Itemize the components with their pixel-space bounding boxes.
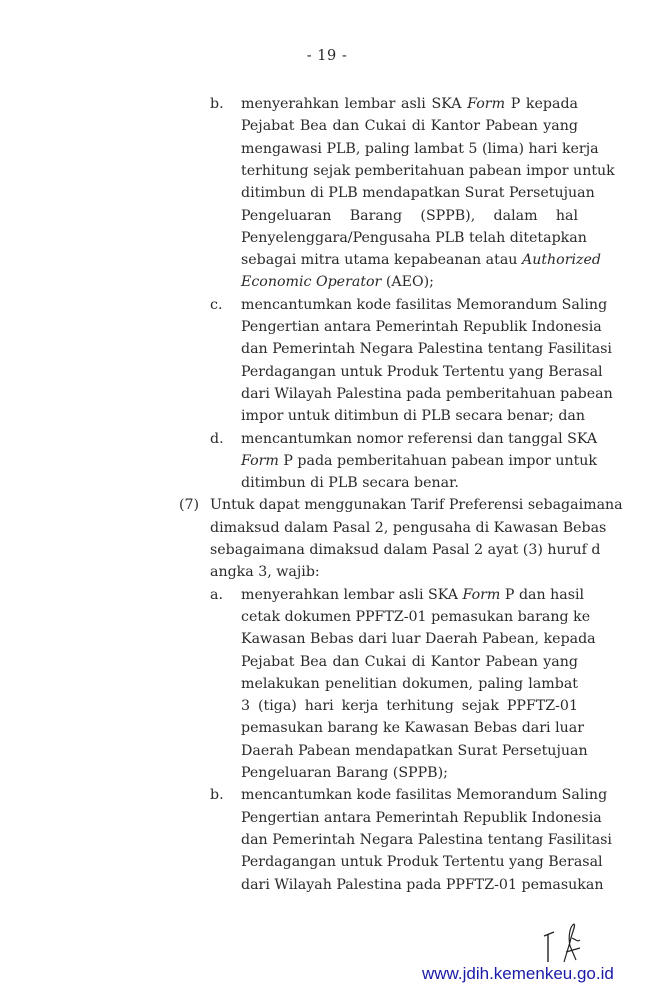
list-item-line: dan Pemerintah Negara Palestina tentang … xyxy=(241,829,578,851)
list-item-line: cetak dokumen PPFTZ-01 pemasukan barang … xyxy=(241,606,578,628)
list-item-line: mengawasi PLB, paling lambat 5 (lima) ha… xyxy=(241,138,578,160)
list-item-line: mencantumkan kode fasilitas Memorandum S… xyxy=(241,784,578,806)
list-item-line: Kawasan Bebas dari luar Daerah Pabean, k… xyxy=(241,628,578,650)
list-item-line: Pengertian antara Pemerintah Republik In… xyxy=(241,316,578,338)
list-item-line: Pejabat Bea dan Cukai di Kantor Pabean y… xyxy=(241,651,578,673)
list-item-line: Form P pada pemberitahuan pabean impor u… xyxy=(241,450,578,472)
list-item-line: Penyelenggara/Pengusaha PLB telah diteta… xyxy=(241,227,578,249)
list-item-line: 3 (tiga) hari kerja terhitung sejak PPFT… xyxy=(241,695,578,717)
list-item-line: Daerah Pabean mendapatkan Surat Persetuj… xyxy=(241,740,578,762)
list-marker: b. xyxy=(210,93,224,115)
list-item-line: dari Wilayah Palestina pada pemberitahua… xyxy=(241,383,578,405)
list-marker: d. xyxy=(210,428,224,450)
jdih-website-link[interactable]: www.jdih.kemenkeu.go.id xyxy=(422,964,614,984)
paraf-signature-icon xyxy=(542,922,582,964)
paragraph-line: angka 3, wajib: xyxy=(210,561,578,583)
list-item-line: melakukan penelitian dokumen, paling lam… xyxy=(241,673,578,695)
list-item-line: dari Wilayah Palestina pada PPFTZ-01 pem… xyxy=(241,874,578,896)
list-item-line: ditimbun di PLB mendapatkan Surat Perset… xyxy=(241,182,578,204)
list-item-line: terhitung sejak pemberitahuan pabean imp… xyxy=(241,160,578,182)
list-item-line: Pengeluaran Barang (SPPB); xyxy=(241,762,578,784)
list-marker: a. xyxy=(210,584,223,606)
list-item-line: Pengeluaran Barang (SPPB), dalam hal xyxy=(241,205,578,227)
list-marker: c. xyxy=(210,294,222,316)
list-item-line: mencantumkan kode fasilitas Memorandum S… xyxy=(241,294,578,316)
list-item-line: dan Pemerintah Negara Palestina tentang … xyxy=(241,338,578,360)
list-item-line: Perdagangan untuk Produk Tertentu yang B… xyxy=(241,361,578,383)
list-item-line: impor untuk ditimbun di PLB secara benar… xyxy=(241,405,578,427)
list-item-line: Perdagangan untuk Produk Tertentu yang B… xyxy=(241,851,578,873)
list-item-line: pemasukan barang ke Kawasan Bebas dari l… xyxy=(241,717,578,739)
list-item-line: Pengertian antara Pemerintah Republik In… xyxy=(241,807,578,829)
list-item-line: mencantumkan nomor referensi dan tanggal… xyxy=(241,428,578,450)
paragraph-line: sebagaimana dimaksud dalam Pasal 2 ayat … xyxy=(210,539,578,561)
list-item-line: ditimbun di PLB secara benar. xyxy=(241,472,578,494)
list-marker: b. xyxy=(210,784,224,806)
list-item-line: menyerahkan lembar asli SKA Form P dan h… xyxy=(241,584,578,606)
paragraph-line: dimaksud dalam Pasal 2, pengusaha di Kaw… xyxy=(210,517,578,539)
paragraph-number: (7) xyxy=(179,494,199,516)
list-item-line: Pejabat Bea dan Cukai di Kantor Pabean y… xyxy=(241,115,578,137)
list-item-line: sebagai mitra utama kepabeanan atau Auth… xyxy=(241,249,578,271)
page-number: - 19 - xyxy=(0,48,654,64)
paragraph-line: Untuk dapat menggunakan Tarif Preferensi… xyxy=(210,494,578,516)
list-item-line: Economic Operator (AEO); xyxy=(241,271,578,293)
list-item-line: menyerahkan lembar asli SKA Form P kepad… xyxy=(241,93,578,115)
